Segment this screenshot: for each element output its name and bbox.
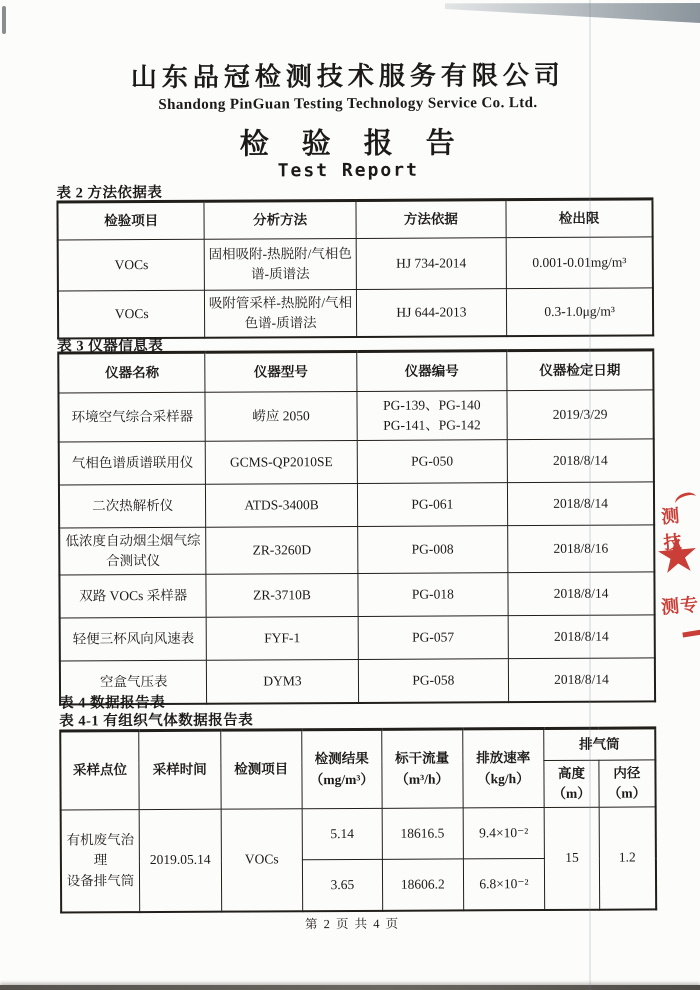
table-header-row: 检验项目 分析方法 方法依据 检出限: [57, 199, 652, 240]
table-header-row: 采样点位 采样时间 检测项目 检测结果 （mg/m³） 标干流量 （m³/h） …: [60, 728, 655, 763]
table4-1-label: 表 4-1 有组织气体数据报告表: [59, 709, 253, 731]
column-header-stack-height: 高度 （m）: [544, 760, 599, 807]
column-header-result: 检测结果 （mg/m³）: [302, 729, 382, 808]
cell-serial: PG-018: [357, 573, 508, 617]
cell-calibration-date: 2018/8/14: [508, 615, 655, 659]
column-header: 检出限: [506, 199, 653, 238]
star-icon: ★: [656, 532, 699, 579]
cell-instrument: 低浓度自动烟尘烟气综合测试仪: [59, 527, 206, 575]
column-header-sampling-time: 采样时间: [139, 730, 221, 809]
cell-rate: 6.8×10⁻²: [463, 858, 545, 910]
table-row: 低浓度自动烟尘烟气综合测试仪 ZR-3260D PG-008 2018/8/16: [59, 525, 654, 575]
table-row: 二次热解析仪 ATDS-3400B PG-061 2018/8/14: [59, 482, 654, 528]
column-header: 仪器检定日期: [507, 350, 654, 391]
table-row: VOCs 固相吸附-热脱附/气相色谱-质谱法 HJ 734-2014 0.001…: [58, 237, 653, 291]
instrument-info-table: 仪器名称 仪器型号 仪器编号 仪器检定日期 环境空气综合采样器 崂应 2050 …: [57, 348, 656, 705]
cell-instrument: 气相色谱质谱联用仪: [59, 441, 206, 485]
table-row: 气相色谱质谱联用仪 GCMS-QP2010SE PG-050 2018/8/14: [59, 439, 654, 485]
column-header-sampling-point: 采样点位: [60, 731, 139, 810]
cell-standard: HJ 644-2013: [356, 289, 507, 337]
table-header-row: 仪器名称 仪器型号 仪器编号 仪器检定日期: [58, 350, 653, 393]
cell-flow: 18606.2: [382, 859, 463, 911]
cell-calibration-date: 2018/8/14: [507, 439, 654, 483]
cell-standard: HJ 734-2014: [356, 238, 507, 290]
table-row: 环境空气综合采样器 崂应 2050 PG-139、PG-140 PG-141、P…: [58, 390, 653, 442]
method-basis-table: 检验项目 分析方法 方法依据 检出限 VOCs 固相吸附-热脱附/气相色谱-质谱…: [56, 197, 654, 339]
cell-model: GCMS-QP2010SE: [206, 440, 357, 484]
cell-model: ZR-3260D: [206, 526, 357, 574]
cell-item: VOCs: [58, 239, 205, 291]
cell-result: 5.14: [302, 808, 382, 859]
cell-method: 吸附管采样-热脱附/气相色谱-质谱法: [205, 289, 356, 337]
cell-detection-limit: 0.3-1.0μg/m³: [507, 288, 654, 336]
table-row: VOCs 吸附管采样-热脱附/气相色谱-质谱法 HJ 644-2013 0.3-…: [58, 288, 653, 339]
cell-serial: PG-050: [357, 440, 508, 484]
table-row: 双路 VOCs 采样器 ZR-3710B PG-018 2018/8/14: [59, 572, 654, 618]
column-header-rate: 排放速率 （kg/h）: [462, 728, 544, 807]
cell-calibration-date: 2018/8/14: [508, 658, 655, 702]
cell-sampling-time: 2019.05.14: [139, 809, 221, 912]
cell-stack-diameter: 1.2: [599, 807, 656, 910]
seal-text-fragment-bottom: 测专: [660, 590, 700, 619]
cell-serial: PG-058: [358, 659, 509, 703]
cell-calibration-date: 2018/8/14: [508, 572, 655, 616]
cell-calibration-date: 2018/8/16: [508, 525, 655, 573]
cell-flow: 18616.5: [382, 808, 463, 859]
cell-result: 3.65: [302, 859, 382, 911]
cell-calibration-date: 2019/3/29: [507, 390, 654, 440]
cell-serial: PG-061: [357, 483, 508, 527]
cell-instrument: 双路 VOCs 采样器: [59, 574, 206, 618]
page-number: 第 2 页 共 4 页: [2, 912, 700, 934]
page-content: 山东品冠检测技术服务有限公司 Shandong PinGuan Testing …: [0, 0, 700, 990]
cell-calibration-date: 2018/8/14: [508, 482, 655, 526]
column-header-item: 检测项目: [220, 730, 302, 809]
cell-sampling-point: 有机废气治理 设备排气筒: [61, 810, 140, 913]
company-name-chinese: 山东品冠检测技术服务有限公司: [0, 54, 698, 95]
column-header: 检验项目: [57, 201, 204, 240]
report-title-chinese: 检 验 报 告: [0, 119, 698, 164]
company-name-english: Shandong PinGuan Testing Technology Serv…: [0, 94, 698, 115]
organized-gas-data-table: 采样点位 采样时间 检测项目 检测结果 （mg/m³） 标干流量 （m³/h） …: [59, 726, 657, 913]
cell-model: ATDS-3400B: [206, 483, 357, 527]
cell-item: VOCs: [221, 809, 303, 912]
cell-stack-height: 15: [544, 807, 599, 910]
report-title-english: Test Report: [0, 158, 698, 183]
cell-serial: PG-008: [357, 526, 508, 574]
cell-serial: PG-139、PG-140 PG-141、PG-142: [357, 391, 508, 441]
cell-serial: PG-057: [358, 616, 509, 660]
scanned-report-page: 山东品冠检测技术服务有限公司 Shandong PinGuan Testing …: [0, 0, 700, 990]
column-header: 仪器名称: [58, 352, 205, 393]
table-row: 有机废气治理 设备排气筒 2019.05.14 VOCs 5.14 18616.…: [61, 807, 656, 861]
column-header: 仪器编号: [356, 351, 507, 392]
scan-edge-artifact-left: [2, 6, 6, 34]
cell-instrument: 轻便三杯风向风速表: [60, 617, 207, 661]
seal-line: [682, 629, 700, 637]
column-header-stack: 排气筒: [544, 728, 656, 761]
column-header: 仪器型号: [205, 351, 356, 392]
column-header-stack-diameter: 内径 （m）: [599, 760, 656, 807]
cell-detection-limit: 0.001-0.01mg/m³: [506, 237, 653, 289]
column-header: 方法依据: [356, 200, 507, 239]
column-header: 分析方法: [204, 200, 355, 239]
cell-rate: 9.4×10⁻²: [463, 807, 545, 858]
paper-crease: [589, 0, 591, 990]
cell-method: 固相吸附-热脱附/气相色谱-质谱法: [205, 238, 356, 290]
cell-instrument: 环境空气综合采样器: [58, 392, 205, 442]
scan-edge-artifact-bottom: [0, 985, 700, 990]
cell-instrument: 二次热解析仪: [59, 484, 206, 528]
cell-model: DYM3: [207, 659, 358, 703]
cell-model: ZR-3710B: [206, 573, 357, 617]
table-row: 轻便三杯风向风速表 FYF-1 PG-057 2018/8/14: [60, 615, 655, 661]
cell-model: FYF-1: [207, 616, 358, 660]
column-header-flow: 标干流量 （m³/h）: [381, 729, 462, 808]
cell-model: 崂应 2050: [205, 391, 356, 441]
cell-item: VOCs: [58, 290, 205, 338]
